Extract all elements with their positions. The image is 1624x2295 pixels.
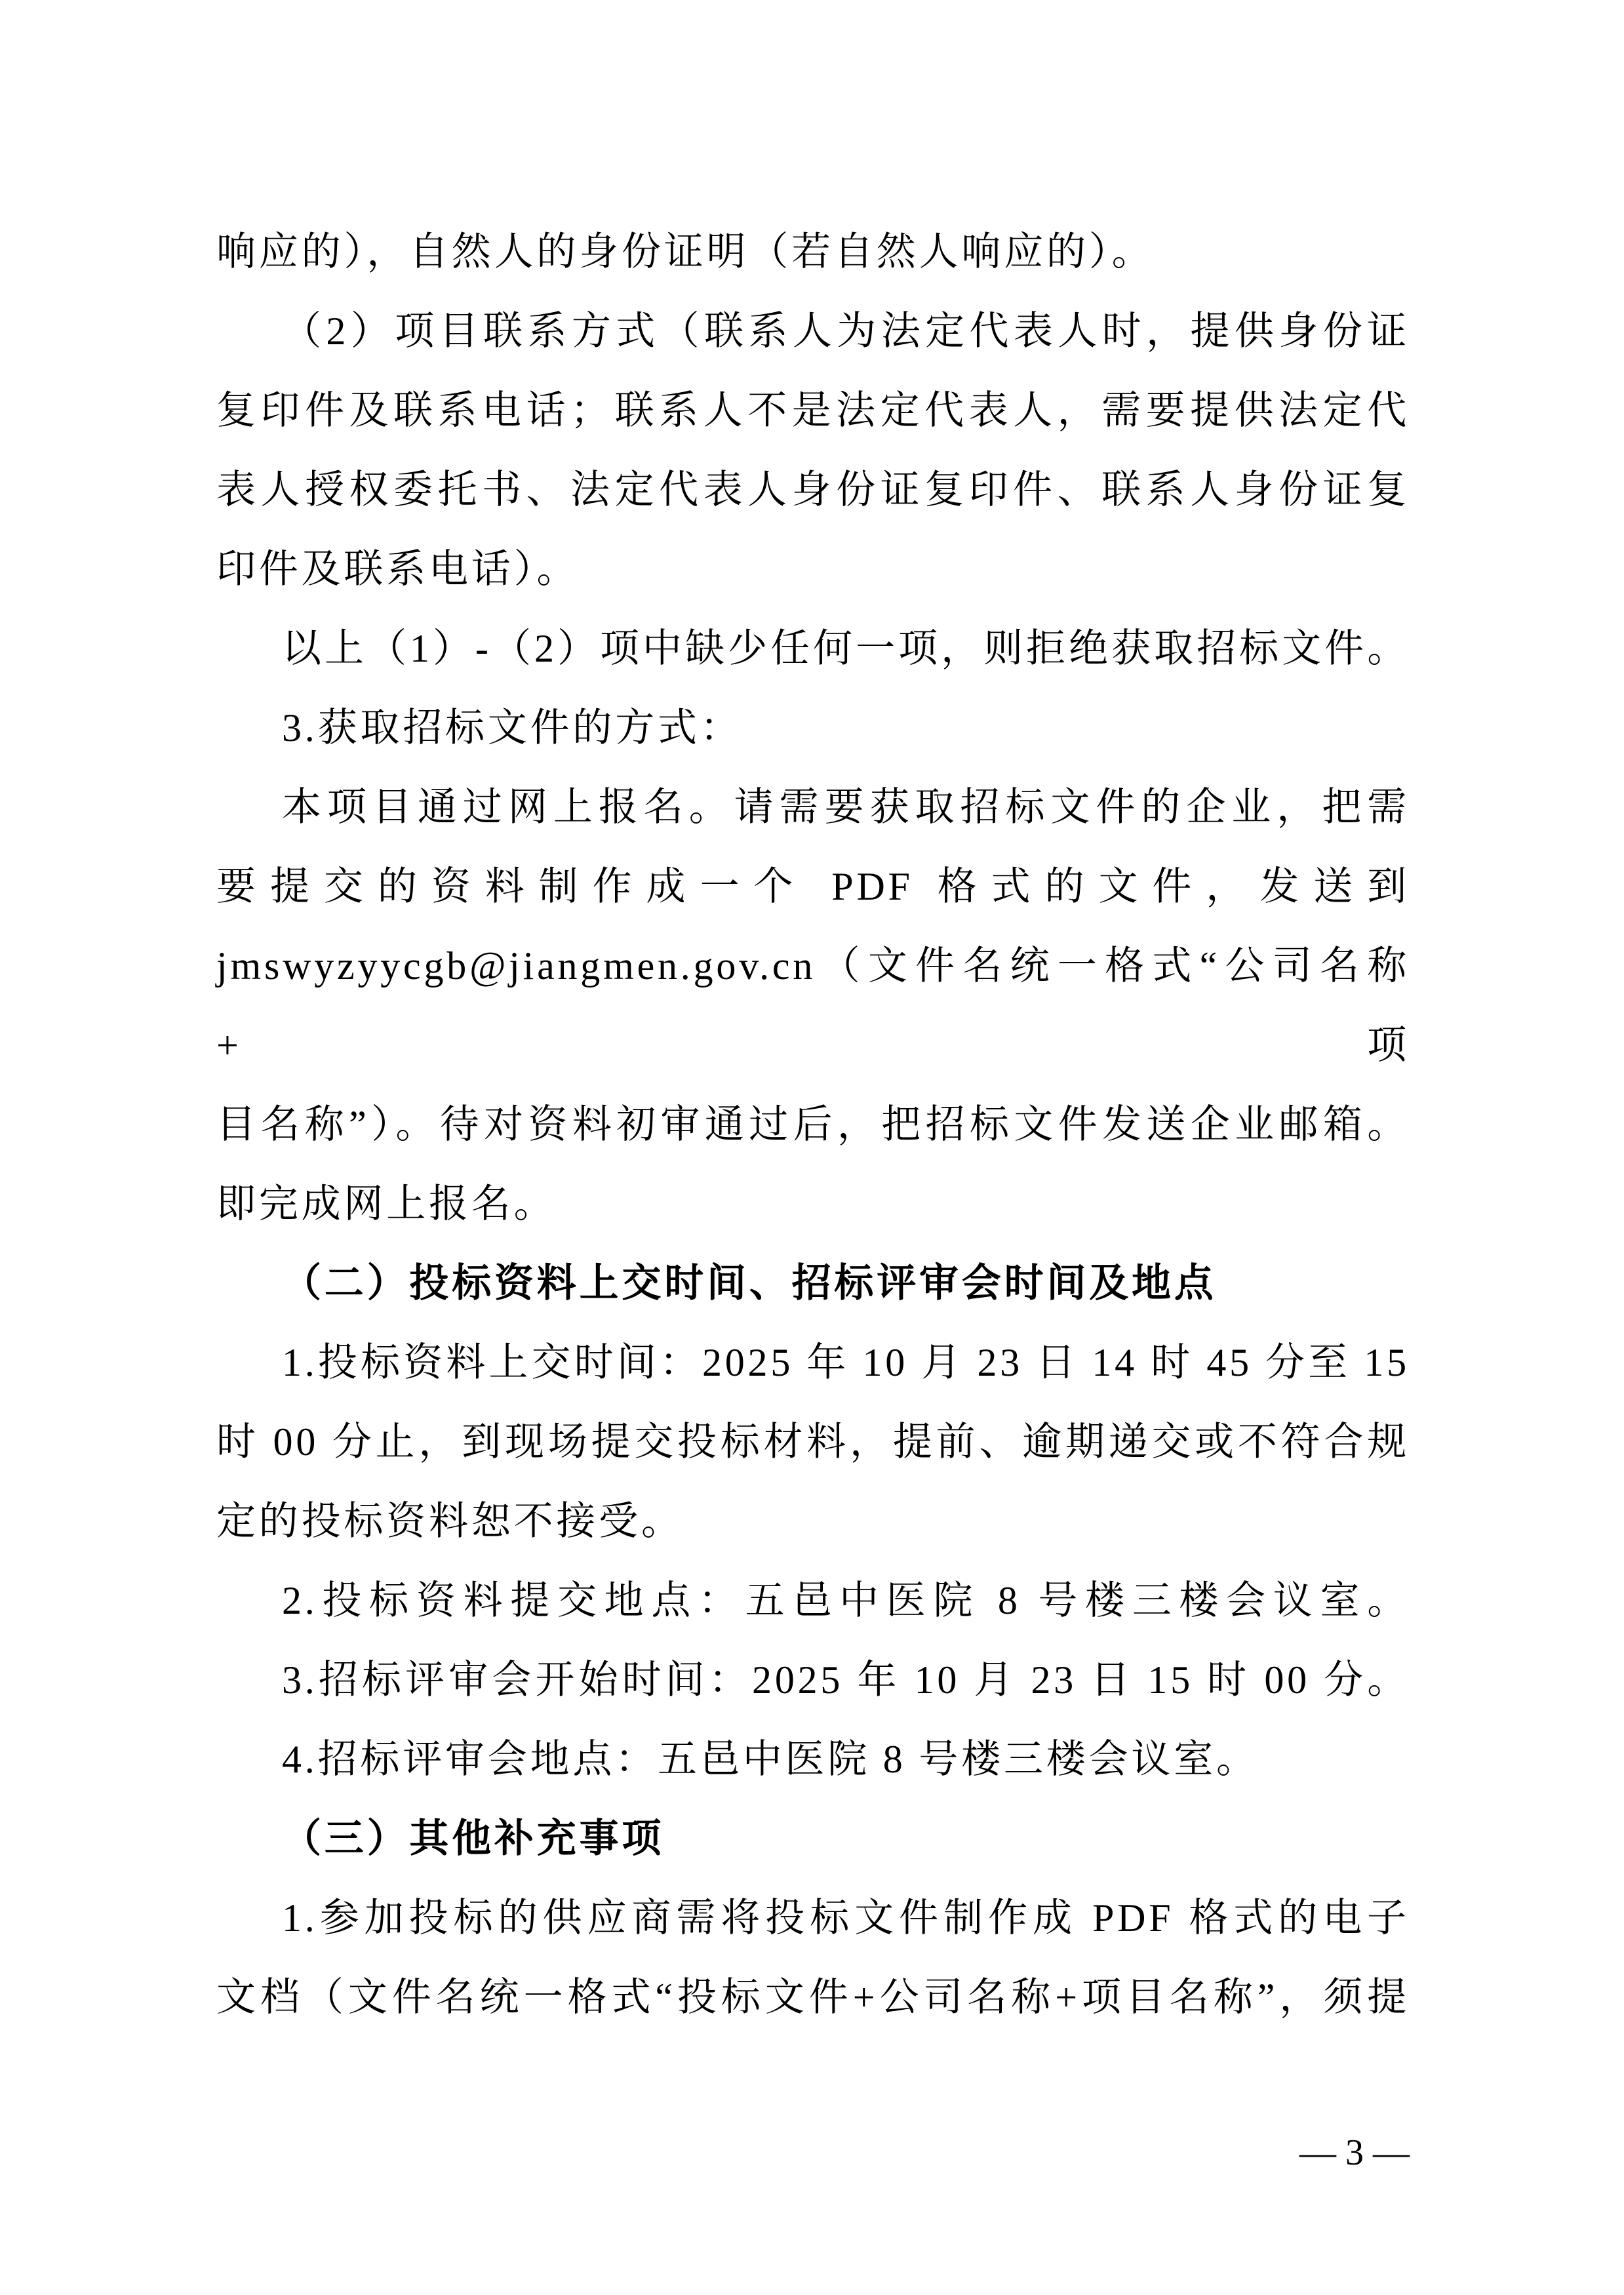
document-line: 时 00 分止，到现场提交投标材料，提前、逾期递交或不符合规 xyxy=(216,1403,1410,1482)
document-line: 本项目通过网上报名。请需要获取招标文件的企业，把需 xyxy=(216,768,1410,847)
document-line: 1.投标资料上交时间：2025 年 10 月 23 日 14 时 45 分至 1… xyxy=(216,1323,1410,1403)
document-line: 文档（文件名统一格式“投标文件+公司名称+项目名称”，须提 xyxy=(216,1958,1410,2037)
document-line: 即完成网上报名。 xyxy=(216,1165,1410,1244)
document-line: 4.招标评审会地点：五邑中医院 8 号楼三楼会议室。 xyxy=(216,1720,1410,1799)
document-line: 表人授权委托书、法定代表人身份证复印件、联系人身份证复 xyxy=(216,450,1410,530)
document-line: jmswyzyycgb@jiangmen.gov.cn（文件名统一格式“公司名称… xyxy=(216,927,1410,1085)
document-line: 目名称”）。待对资料初审通过后，把招标文件发送企业邮箱。 xyxy=(216,1085,1410,1165)
document-line: （三）其他补充事项 xyxy=(216,1799,1410,1879)
document-line: 响应的），自然人的身份证明（若自然人响应的）。 xyxy=(216,212,1410,292)
document-line: （2）项目联系方式（联系人为法定代表人时，提供身份证 xyxy=(216,292,1410,371)
document-line: 2.投标资料提交地点：五邑中医院 8 号楼三楼会议室。 xyxy=(216,1561,1410,1641)
document-line: 印件及联系电话）。 xyxy=(216,530,1410,609)
document-line: 定的投标资料恕不接受。 xyxy=(216,1482,1410,1561)
document-line: （二）投标资料上交时间、招标评审会时间及地点 xyxy=(216,1244,1410,1323)
document-line: 1.参加投标的供应商需将投标文件制作成 PDF 格式的电子 xyxy=(216,1879,1410,1958)
page-number: — 3 — xyxy=(216,2123,1410,2182)
document-line: 复印件及联系电话；联系人不是法定代表人，需要提供法定代 xyxy=(216,371,1410,450)
document-line: 要提交的资料制作成一个 PDF 格式的文件，发送到 xyxy=(216,847,1410,927)
document-page: 响应的），自然人的身份证明（若自然人响应的）。（2）项目联系方式（联系人为法定代… xyxy=(0,0,1624,2295)
document-body: 响应的），自然人的身份证明（若自然人响应的）。（2）项目联系方式（联系人为法定代… xyxy=(216,212,1410,2037)
document-line: 以上（1）-（2）项中缺少任何一项，则拒绝获取招标文件。 xyxy=(216,609,1410,688)
document-line: 3.获取招标文件的方式： xyxy=(216,688,1410,768)
document-line: 3.招标评审会开始时间：2025 年 10 月 23 日 15 时 00 分。 xyxy=(216,1641,1410,1720)
